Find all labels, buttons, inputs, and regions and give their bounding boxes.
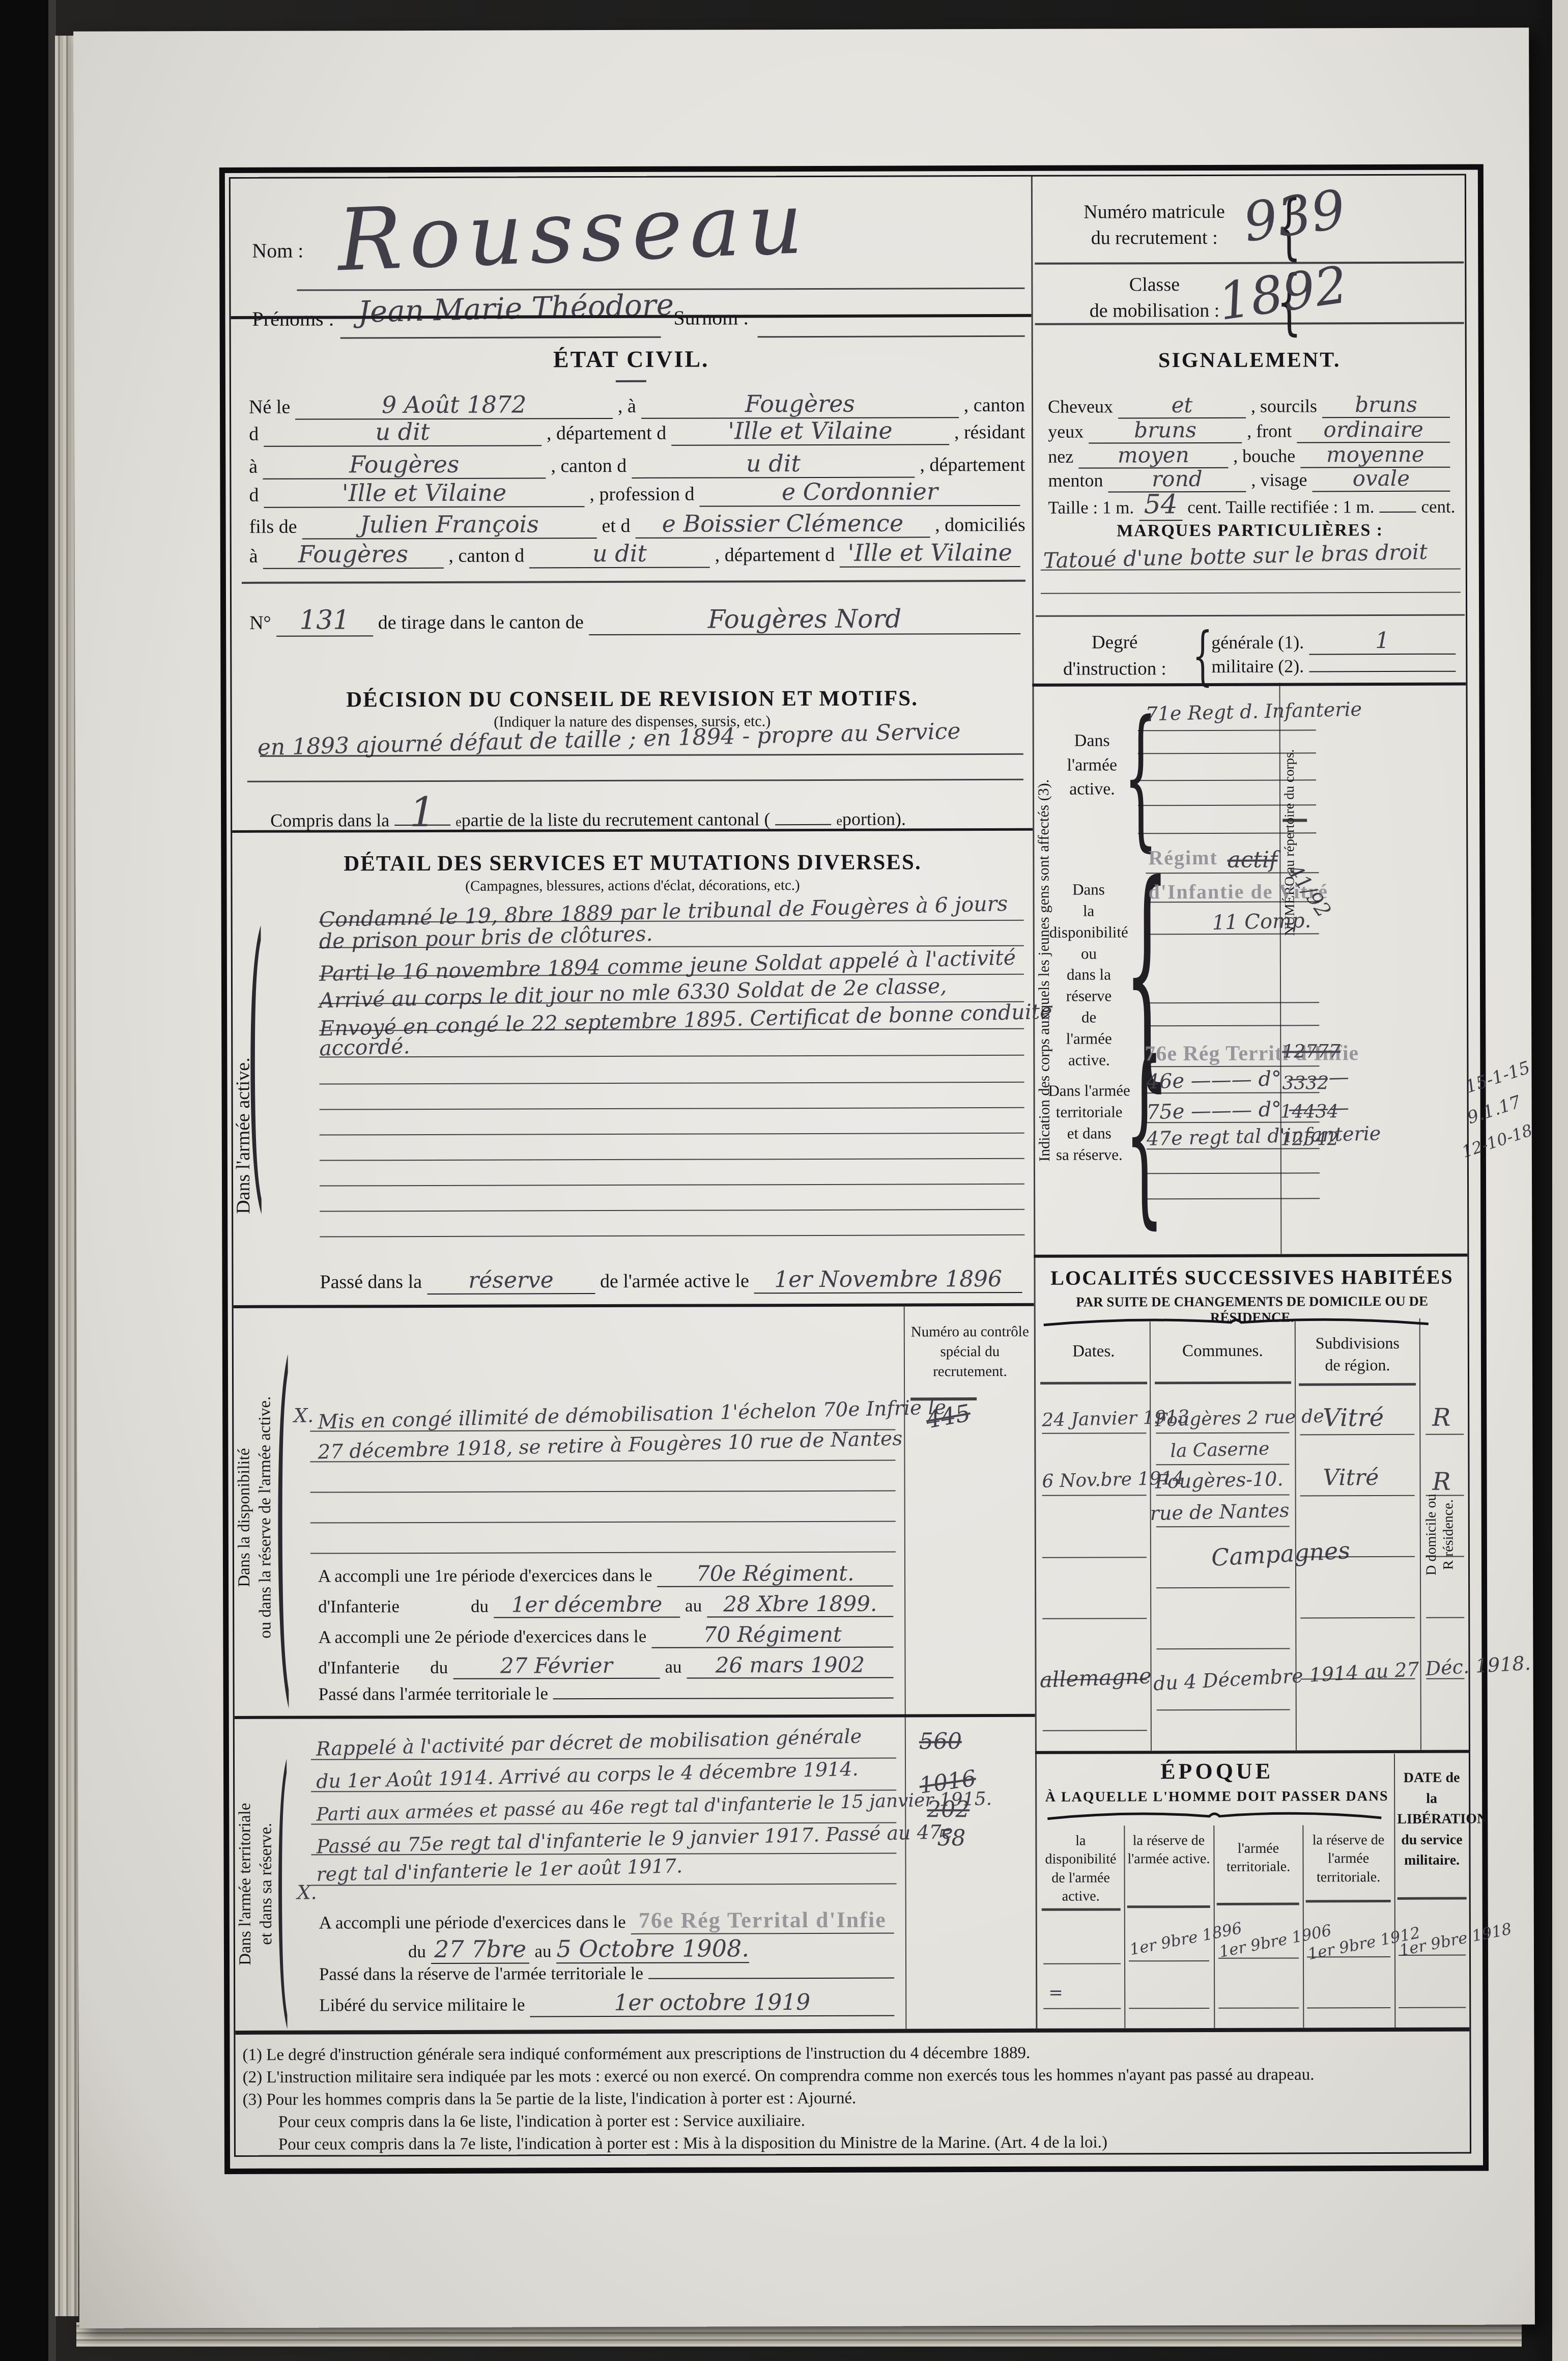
ruled-line [758, 335, 1025, 338]
heavy-rule [1034, 1254, 1467, 1258]
col-communes-header: Communes. [1151, 1341, 1295, 1361]
terr-line-4: Passé au 75e regt tal d'infanterie le 9 … [316, 1820, 953, 1858]
ruled-line [1156, 1495, 1290, 1496]
loc-row-2-commune-1: Fougères-10. [1155, 1468, 1284, 1493]
ruled-line [1300, 1434, 1414, 1436]
ruled-line [1147, 1172, 1320, 1174]
matricule-value: 939 [1239, 178, 1349, 254]
passe-territoriale-line: Passé dans l'armée territoriale le [319, 1683, 899, 1705]
heavy-rule [1032, 683, 1466, 687]
ruled-line [1300, 1495, 1415, 1497]
passe-reserve-terr-line: Passé dans la réserve de l'armée territo… [319, 1963, 899, 1985]
ruled-line [1399, 2007, 1466, 2008]
etat-civil-line-6: àFougères, canton du dit, département d'… [249, 539, 1025, 569]
terr-row-1-num: 12777 [1282, 1041, 1341, 1062]
signalement-nez: nezmoyen, bouchemoyenne [1048, 442, 1455, 469]
periode-1-line-a: A accompli une 1re période d'exercices d… [318, 1561, 898, 1588]
ruled-line [320, 1184, 1024, 1187]
periode-2-line-b: d'Infanteriedu27 Févrierau26 mars 1902 [318, 1652, 898, 1680]
nom-label: Nom : [252, 239, 303, 263]
degre-generale: générale (1).1 [1211, 628, 1461, 655]
loc-row-2-subdiv: Vitré [1323, 1465, 1379, 1491]
libere-line: Libéré du service militaire le1er octobr… [319, 1989, 899, 2018]
header-rule [1127, 1905, 1210, 1908]
compris-line: Compris dans la1epartie de la liste du r… [270, 799, 947, 831]
ruled-line [1426, 1617, 1464, 1618]
ruled-line [340, 336, 661, 339]
terr-row-4-name: 47e regt tal d'infanterie [1146, 1122, 1381, 1150]
decision-title: DÉCISION DU CONSEIL DE REVISION ET MOTIF… [232, 686, 1032, 713]
territoriale-label: Dans l'arméeterritorialeet danssa réserv… [1047, 1080, 1131, 1165]
dispo-comp-value: 11 Comp. [1212, 909, 1312, 935]
dispo-section-brace: ( [274, 1322, 292, 1708]
epoque-title: ÉPOQUE [1039, 1758, 1395, 1785]
campagnes-pays: allemagne [1039, 1663, 1152, 1692]
photo-background: 15-1-15 9.1.17 12-10-18 Nom : Rousseau P… [0, 0, 1568, 2361]
terr-line-5: regt tal d'infanterie le 1er août 1917. [316, 1854, 682, 1886]
etat-civil-line-5: fils deJulien Françoiset de Boissier Clé… [249, 509, 1025, 540]
epoque-date-header: DATE de la LIBÉRATION du service militai… [1397, 1768, 1467, 1871]
ruled-line [320, 1209, 1024, 1212]
col-subdiv-header: Subdivisionsde région. [1296, 1332, 1419, 1376]
ruled-line [310, 1552, 896, 1554]
loc-row-2-commune-2: rue de Nantes [1150, 1499, 1290, 1525]
ruled-line [1307, 2007, 1390, 2008]
epoque-wave [1046, 1809, 1382, 1821]
ruled-line [1147, 1198, 1320, 1199]
ruled-line [1042, 1432, 1146, 1434]
header-rule [1040, 1382, 1147, 1385]
matricule-label: Numéro matriculedu recrutement : [1045, 199, 1264, 252]
signalement-yeux: yeuxbruns, frontordinaire [1048, 417, 1455, 444]
table-line [1419, 1318, 1421, 1750]
ruled-line [320, 1234, 1024, 1238]
loc-row-2-dr: R [1432, 1468, 1450, 1496]
col-dates-header: Dates. [1038, 1342, 1150, 1361]
marques-value: Tatoué d'une botte sur le bras droit [1043, 539, 1428, 573]
numero-dash [1282, 819, 1307, 822]
services-title: DÉTAIL DES SERVICES ET MUTATIONS DIVERSE… [232, 850, 1033, 877]
terr-margin-num-4: 58 [937, 1825, 965, 1851]
ruled-line [1426, 1556, 1464, 1557]
signalement-title: SIGNALEMENT. [1035, 348, 1464, 373]
header-rule [1306, 1900, 1391, 1902]
ruled-line [320, 1158, 1024, 1161]
passe-reserve-line: Passé dans laréservede l'armée active le… [320, 1266, 1027, 1295]
footnote-3: (3) Pour les hommes compris dans la 5e p… [243, 2088, 1464, 2110]
heavy-rule [234, 1303, 1034, 1308]
marques-title: MARQUES PARTICULIÈRES : [1036, 521, 1465, 541]
ruled-line [1300, 1556, 1415, 1558]
next-page-edge [1552, 0, 1568, 2361]
services-subtitle: (Campagnes, blessures, actions d'éclat, … [232, 877, 1033, 895]
periode-2-line-a: A accompli une 2e période d'exercices da… [318, 1622, 898, 1649]
register-page: 15-1-15 9.1.17 12-10-18 Nom : Rousseau P… [73, 27, 1535, 2328]
table-line [1124, 1825, 1125, 2028]
footnote-4: Pour ceux compris dans la 6e liste, l'in… [278, 2110, 1464, 2132]
ruled-line [1399, 1955, 1466, 1956]
x-mark-mid: X. [294, 1404, 313, 1427]
ruled-line [1043, 2008, 1121, 2009]
etat-civil-line-4: d'Ille et Vilaine, profession de Cordonn… [249, 477, 1025, 508]
service-line-1: Condamné le 19, 8bre 1889 par le tribuna… [319, 891, 1008, 932]
ruled-line [1156, 1587, 1290, 1589]
form-frame: Nom : Rousseau Prénoms : Jean Marie Théo… [229, 174, 1471, 2157]
ruled-line [1147, 1121, 1320, 1123]
ruled-line [1042, 1495, 1147, 1496]
ruled-line [1146, 1002, 1319, 1003]
loc-row-1-commune-2: la Caserne [1170, 1439, 1270, 1462]
ruled-line [1146, 1025, 1319, 1026]
header-rule [1155, 1381, 1291, 1384]
terr-margin-num-1: 560 [919, 1728, 962, 1754]
heavy-rule [1035, 1750, 1469, 1754]
etat-civil-line-1: Né le9 Août 1872, àFougères, canton [249, 389, 1025, 420]
loc-row-1-dr: R [1432, 1403, 1450, 1432]
localites-title: LOCALITÉS SUCCESSIVES HABITÉES [1037, 1265, 1466, 1290]
ruled-line [1426, 1434, 1464, 1435]
header-rule [1398, 1897, 1467, 1900]
ruled-line [320, 1082, 1024, 1085]
campagnes-label: Campagnes [1211, 1536, 1351, 1571]
epoque-col1-header: la disponibilité de l'armée active. [1040, 1832, 1121, 1906]
ruled-line [1426, 1495, 1464, 1496]
classe-value: 1892 [1214, 255, 1351, 332]
ruled-line [1156, 1526, 1290, 1528]
ruled-line [1156, 1648, 1290, 1650]
etat-civil-line-2: du dit, département d'Ille et Vilaine, r… [249, 416, 1025, 447]
armee-active-label: Dansl'armée active. [1054, 728, 1130, 801]
numero-controle-header: Numéro au contrôle spécial du recrutemen… [906, 1322, 1034, 1382]
epoque-col2-header: la réserve de l'armée active. [1126, 1832, 1211, 1869]
ruled-line [242, 580, 1025, 584]
ruled-line [1043, 1963, 1121, 1964]
title-dash [616, 380, 646, 382]
ruled-line [1042, 1557, 1147, 1558]
signalement-cheveux: Cheveuxet, sourcilsbruns [1048, 392, 1455, 419]
ruled-line [1427, 1678, 1465, 1679]
degre-militaire: militaire (2). [1211, 655, 1461, 677]
epoque-subtitle: À LAQUELLE L'HOMME DOIT PASSER DANS [1039, 1788, 1395, 1806]
ruled-line [311, 1884, 897, 1886]
terr-line-2: du 1er Août 1914. Arrivé au corps le 4 d… [316, 1758, 859, 1793]
degre-label: Degréd'instruction : [1046, 629, 1183, 682]
ruled-line [310, 1521, 896, 1524]
epoque-col4-header: la réserve de l'armée territoriale. [1305, 1831, 1391, 1887]
col-dr-header: D domicile ouR résidence. [1422, 1321, 1458, 1749]
etat-civil-title: ÉTAT CIVIL. [231, 345, 1032, 374]
dispo-stamp-actif: actif [1227, 847, 1277, 873]
loc-row-1-commune-1: Fougères 2 rue de [1155, 1406, 1324, 1431]
degre-brace: { [1192, 624, 1213, 688]
header-rule [1217, 1902, 1299, 1905]
ruled-line [1307, 1956, 1390, 1957]
ruled-line [247, 779, 1023, 782]
heavy-rule [235, 1714, 1035, 1719]
ruled-line [1043, 1730, 1147, 1731]
etat-civil-line-3: àFougères, canton du dit, département [249, 449, 1025, 480]
terr-row-4-num: 12542 [1280, 1129, 1339, 1149]
terr-line-1: Rappelé à l'activité par décret de mobil… [316, 1725, 862, 1760]
ruled-line [310, 1491, 896, 1493]
epoque-col3-header: l'armée territoriale. [1216, 1839, 1300, 1876]
dispo-stamp-regiment: Régimt [1148, 846, 1218, 869]
header-rule [1042, 1908, 1121, 1910]
periode-1-line-b: d'Infanteriedu1er décembreau28 Xbre 1899… [318, 1591, 898, 1619]
terr-section-brace: ( [275, 1734, 290, 2029]
terr-margin-num-3: 202 [927, 1796, 970, 1822]
terr-line-3: Parti aux armées et passé au 46e regt ta… [316, 1788, 992, 1825]
terr-row-3-num: 14434 [1280, 1101, 1339, 1122]
ruled-line [319, 1055, 1024, 1058]
signalement-taille: Taille : 1 m.54cent. Taille rectifiée : … [1048, 489, 1455, 521]
footnote-5: Pour ceux compris dans la 7e liste, l'in… [278, 2132, 1464, 2154]
dispo-side-label: Dans la disponibilitéou dans la réserve … [234, 1329, 276, 1706]
periode-terr-dates: du27 7breau5 Octobre 1908. [408, 1934, 754, 1964]
ruled-line [1157, 1709, 1290, 1711]
footnote-2: (2) L'instruction militaire sera indiqué… [243, 2065, 1464, 2087]
terr-row-2-num: 3332 [1282, 1073, 1329, 1093]
footnote-1: (1) Le degré d'instruction générale sera… [242, 2043, 1464, 2065]
header-rule [1299, 1383, 1416, 1386]
table-line [1394, 1754, 1395, 2028]
divider [1036, 614, 1465, 617]
prenoms-value: Jean Marie Théodore [358, 287, 674, 329]
divider [1035, 262, 1464, 265]
terr-side-label: Dans l'armée territorialeet dans sa rése… [235, 1747, 277, 2021]
ruled-line [1218, 1957, 1299, 1958]
ruled-line [320, 1133, 1024, 1136]
ruled-line [1129, 1960, 1209, 1961]
localites-wave [1043, 1315, 1430, 1327]
ruled-line [1042, 1618, 1147, 1619]
ruled-line [1041, 592, 1461, 594]
numero-repertoire-header: NUMÉRO au répertoire du corps. [1281, 690, 1298, 995]
armee-active-value: 71e Regt d. Infanterie [1145, 698, 1362, 725]
demob-line-2: 27 décembre 1918, se retire à Fougères 1… [318, 1427, 903, 1464]
ruled-line [1156, 1432, 1289, 1434]
tirage-line: N°131de tirage dans le canton deFougères… [249, 603, 1025, 637]
loc-row-1-subdiv: Vitré [1323, 1403, 1384, 1432]
ruled-line [1129, 2008, 1209, 2009]
ruled-line [320, 1107, 1024, 1110]
footnote-rule [235, 2028, 1469, 2035]
epoque-col1-value: = [1048, 1983, 1063, 2003]
services-brace: ( [247, 899, 265, 1215]
nom-value: Rousseau [336, 173, 812, 291]
ruled-line [1218, 2007, 1299, 2008]
dispo-label: Dansla disponibilitéoudans la réservedel… [1046, 879, 1131, 1071]
ruled-line [1300, 1617, 1415, 1619]
periode-terr-line: A accompli une période d'exercices dans … [319, 1907, 899, 1935]
ruled-line [1156, 1464, 1289, 1466]
